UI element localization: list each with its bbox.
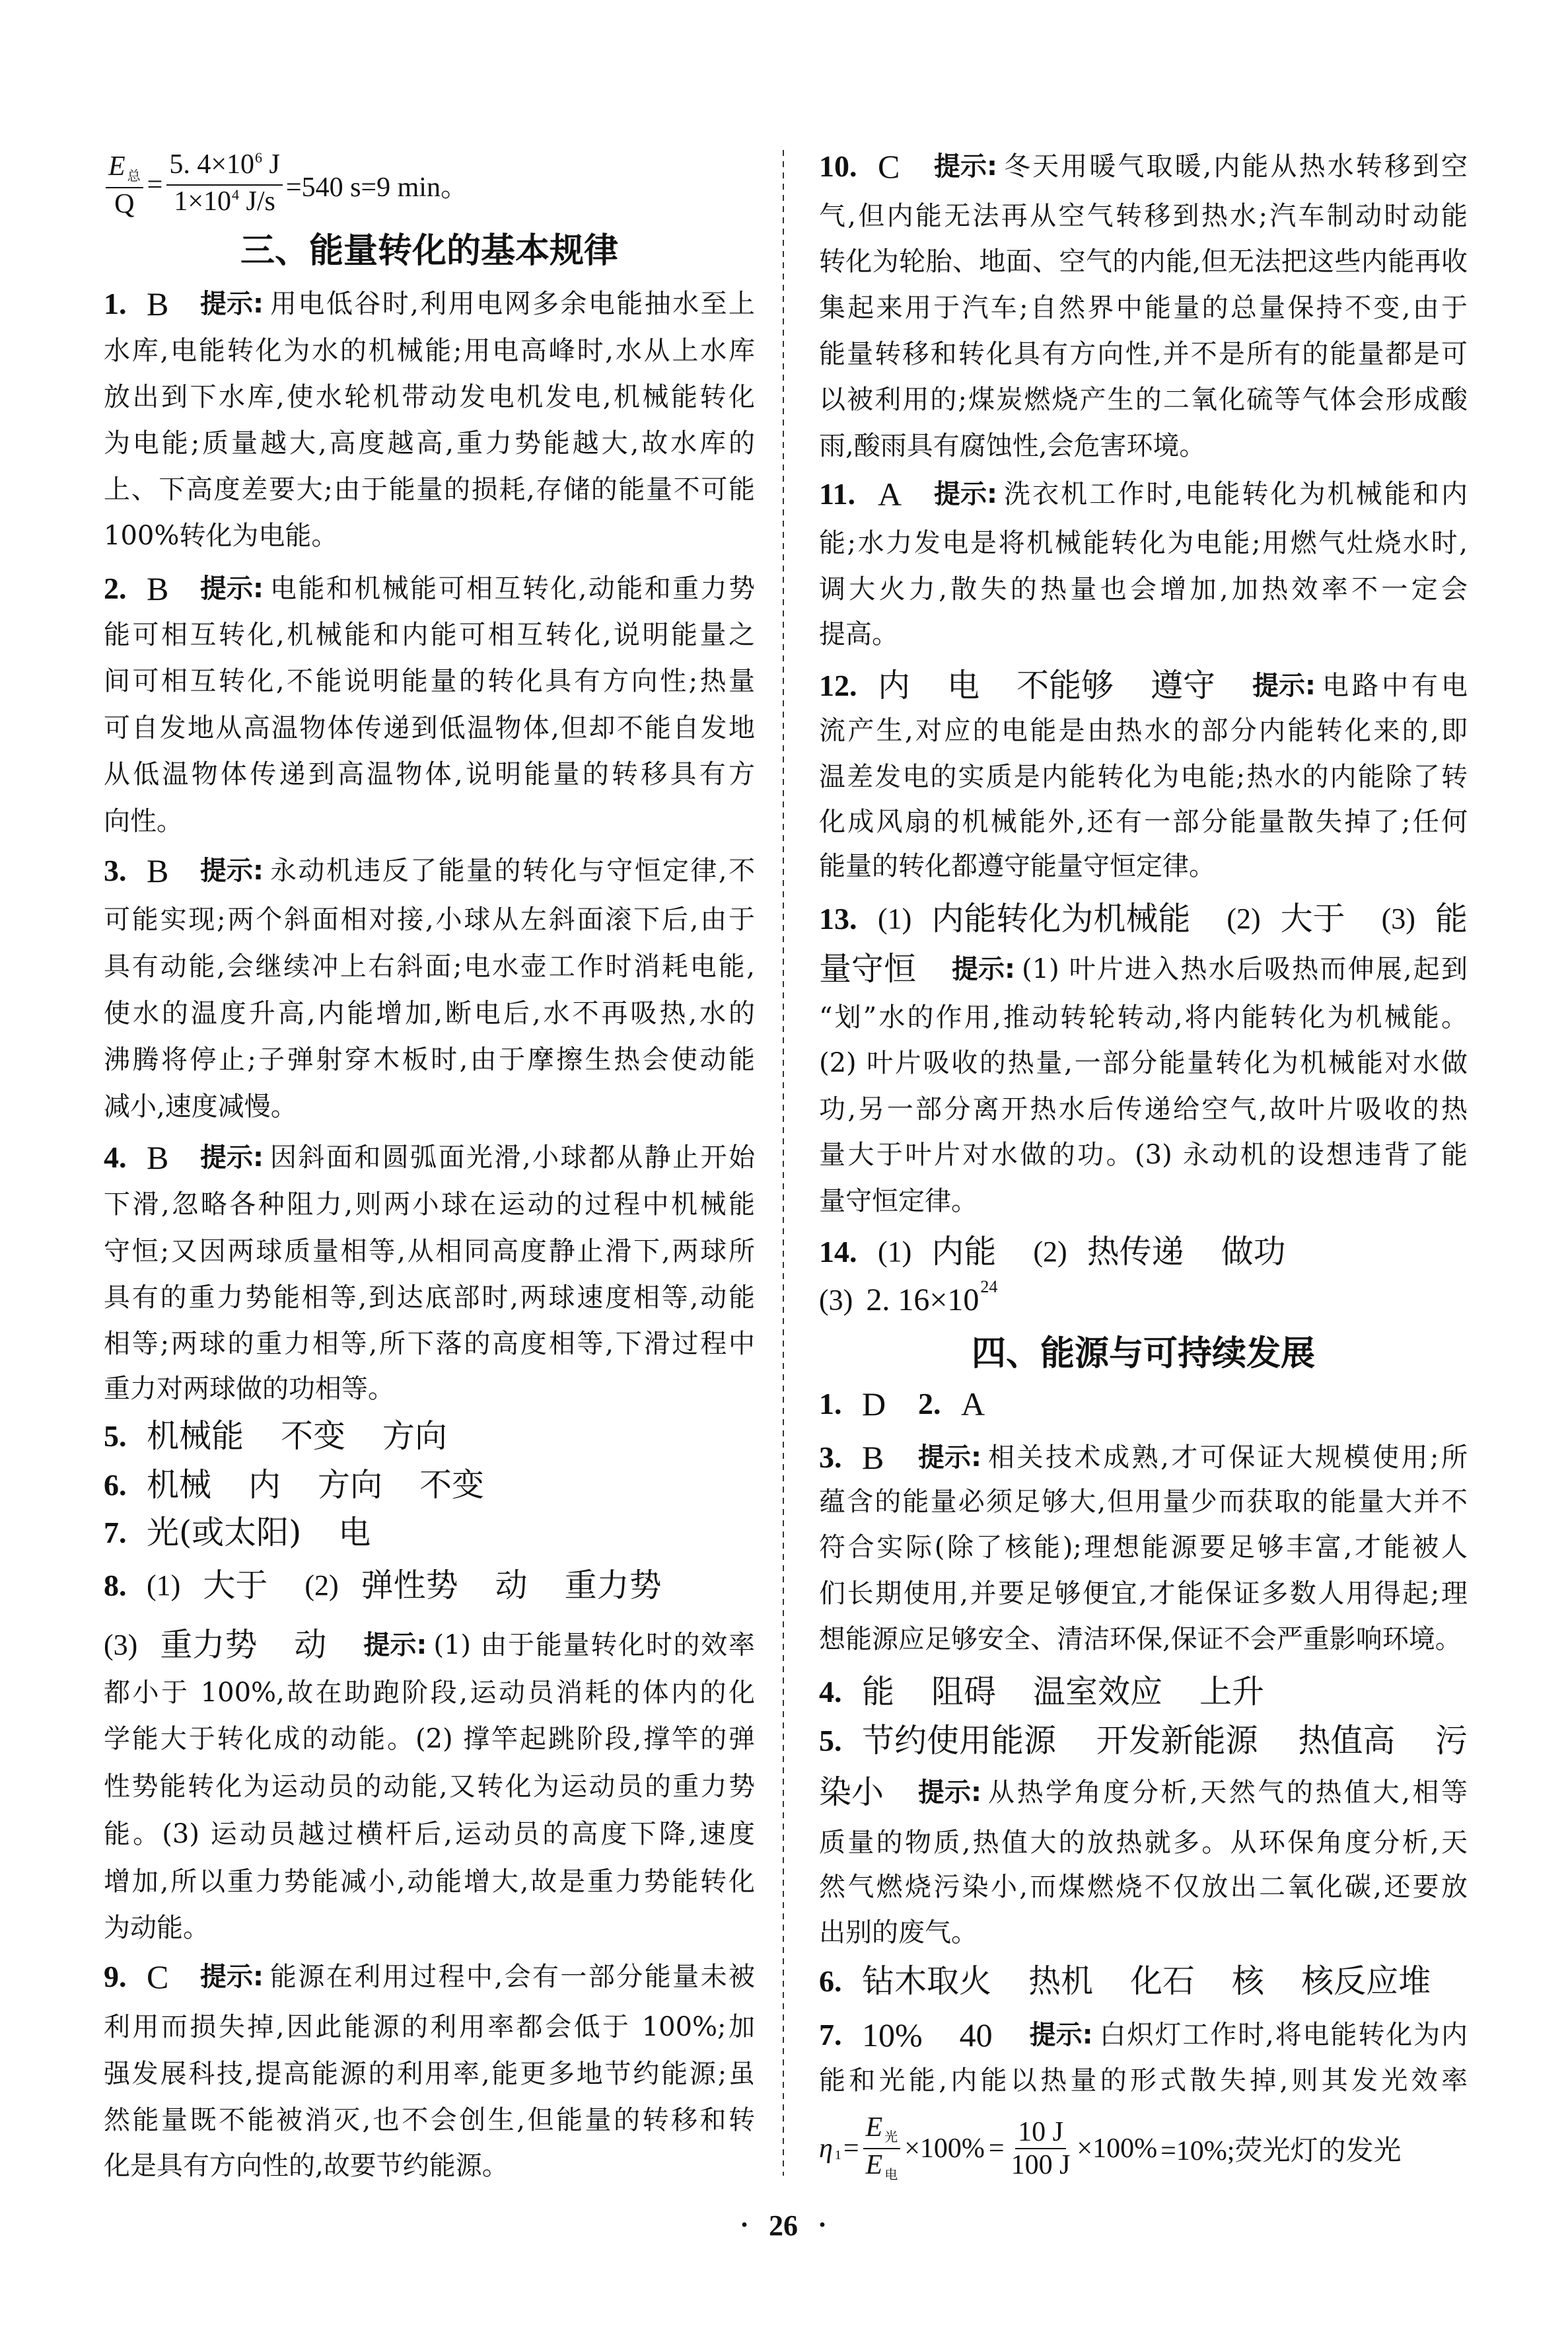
hint-text: 能量转移和转化具有方向性,并不是所有的能量都是可 [819, 331, 1468, 377]
part-2: (2) 大于 [1227, 896, 1345, 942]
hint-label: 提示: [918, 1434, 988, 1481]
s3-q6-answer-line: 6. 机械 内 方向 不变 [104, 1462, 755, 1508]
formula-result: =540 s=9 min。 [286, 165, 468, 205]
hint-text: (1) 叶片进入热水后吸热而伸展,起到 [1022, 946, 1468, 992]
fill-answer: 动 [495, 1563, 528, 1609]
hint-text: 减小,速度减慢。 [104, 1084, 755, 1130]
hint-text: 增加,所以重力势能减小,动能增大,故是重力势能转化 [104, 1859, 755, 1905]
fill-answer: 机械 [147, 1462, 211, 1508]
s3-q11-line-4: 提高。 [819, 611, 1468, 657]
hint-text: 能量的转化都遵守能量守恒定律。 [819, 843, 1468, 889]
hint-label: 提示: [200, 848, 270, 894]
answer-choice: B [862, 1434, 918, 1481]
fill-answer: 40 [960, 2012, 993, 2058]
s3-q3-line-6: 减小,速度减慢。 [104, 1084, 755, 1130]
s3-q10-line-1: 10. C 提示: 冬天用暖气取暖,内能从热水转移到空 [819, 143, 1468, 190]
fill-answer: 钻木取火 [862, 1958, 991, 2005]
hint-text: 强发展科技,提高能源的利用率,能更多地节约能源;虽 [104, 2051, 755, 2097]
fill-answer: 量守恒 [819, 946, 916, 992]
s4-q5-line-3: 质量的物质,热值大的放热就多。从环保角度分析,天 [819, 1820, 1468, 1866]
fill-answer: 方向 [318, 1462, 382, 1508]
s3-q4-line-5: 相等;两球的重力相等,所下落的高度相等,下滑过程中 [104, 1321, 755, 1367]
question-number: 10. [819, 143, 878, 190]
s3-q4-line-4: 具有的重力势能相等,到达底部时,两球速度相等,动能 [104, 1274, 755, 1321]
hint-text: 重力对两球做的功相等。 [104, 1366, 755, 1412]
fill-answer: 重力势 [160, 1622, 257, 1668]
subscript: 1 [835, 2148, 841, 2163]
fill-answer-mantissa: 2. 16×10 [866, 1277, 979, 1323]
fraction-denominator: Q [112, 188, 137, 219]
footer-dot-right: · [818, 2209, 827, 2241]
fraction-numerator: 5. 4×106 J [166, 149, 283, 186]
hint-text: 以被利用的;煤炭燃烧产生的二氧化硫等气体会形成酸 [819, 377, 1468, 423]
hint-label: 提示: [934, 471, 1004, 517]
s4-q5-line-4: 然气燃烧污染小,而煤燃烧不仅放出二氧化碳,还要放 [819, 1864, 1468, 1910]
s3-q4-line-6: 重力对两球做的功相等。 [104, 1366, 755, 1412]
fill-answer: 不能够 [1016, 663, 1114, 709]
hint-text: 流产生,对应的电能是由热水的部分内能转化来的,即 [819, 708, 1468, 754]
hint-text: 功,另一部分离开热水后传递给空气,故叶片吸收的热 [819, 1086, 1468, 1132]
answer-group: (1) 内能转化为机械能 (2) 大于 (3) 能 [878, 896, 1468, 942]
s3-q9-line-3: 强发展科技,提高能源的利用率,能更多地节约能源;虽 [104, 2051, 755, 2097]
s3-q9-line-5: 化是具有方向性的,故要节约能源。 [104, 2143, 755, 2189]
fill-answer: 内 [248, 1462, 281, 1508]
s3-q3-line-5: 沸腾将停止;子弹射穿木板时,由于摩擦生热会使动能 [104, 1037, 755, 1083]
question-number: 8. [104, 1563, 147, 1609]
equals-sign: = [147, 169, 163, 201]
question-number: 1. [104, 281, 147, 327]
fill-answer-exponent: 24 [980, 1264, 997, 1310]
s3-q8-answer-line-1: 8. (1) 大于 (2) 弹性势 动 重力势 [104, 1563, 755, 1609]
s3-q11-line-3: 调大火力,散失的热量也会增加,加热效率不一定会 [819, 566, 1468, 612]
s4-q1-q2-answer-line: 1. D 2. A [819, 1381, 1468, 1427]
hint-label: 提示: [1030, 2012, 1100, 2058]
luminous-efficiency-formula: η1 = E光 E电 ×100% = 10 J 100 J ×100% =10%… [819, 2116, 1468, 2182]
s4-q7-line-1: 7. 10% 40 提示: 白炽灯工作时,将电能转化为内 [819, 2012, 1468, 2058]
question-number: 1. [819, 1381, 862, 1427]
s3-q10-line-7: 雨,酸雨具有腐蚀性,会危害环境。 [819, 423, 1468, 469]
fill-answer: 节约使用能源 [862, 1718, 1056, 1764]
s4-q3-line-1: 3. B 提示: 相关技术成熟,才可保证大规模使用;所 [819, 1434, 1468, 1481]
s3-q10-line-5: 能量转移和转化具有方向性,并不是所有的能量都是可 [819, 331, 1468, 377]
fraction-numerator: E总 [106, 151, 143, 188]
column-divider [783, 150, 784, 2176]
hint-text: 冬天用暖气取暖,内能从热水转移到空 [1004, 143, 1468, 190]
fraction-numerator: E光 [863, 2112, 901, 2149]
s3-q4-line-2: 下滑,忽略各种阻力,则两小球在运动的过程中机械能 [104, 1181, 755, 1228]
symbol-eta: η [819, 2133, 833, 2164]
s3-q8-line-5: 性势能转化为运动员的动能,又转化为运动员的重力势 [104, 1763, 755, 1810]
s4-q3-line-5: 想能源应足够安全、清洁环保,保证不会严重影响环境。 [819, 1616, 1468, 1662]
hint-text: 提高。 [819, 611, 1468, 657]
s3-q8-answer-line-2: (3) 重力势 动 提示: (1) 由于能量转化时的效率 [104, 1622, 755, 1668]
denominator-value: 1×10 [174, 186, 231, 217]
hint-text: 能。(3) 运动员越过横杆后,运动员的高度下降,速度 [104, 1811, 755, 1857]
s3-q1-line-5: 上、下高度差要大;由于能量的损耗,存储的能量不可能 [104, 466, 755, 513]
s3-q12-line-3: 温差发电的实质是内能转化为电能;热水的内能除了转 [819, 754, 1468, 800]
hint-text: 可自发地从高温物体传递到低温物体,但却不能自发地 [104, 705, 755, 751]
fraction-light-over-electric: E光 E电 [863, 2112, 901, 2185]
part-1: (1) 内能转化为机械能 [878, 896, 1190, 942]
part-label: (1) [878, 1229, 911, 1275]
part-label: (2) [1033, 1229, 1067, 1275]
fraction-denominator: 1×104 J/s [171, 186, 278, 221]
hint-text: 然能量既不能被消灭,也不会创生,但能量的转移和转 [104, 2097, 755, 2143]
fill-answer: 动 [294, 1622, 326, 1668]
hint-text: 相等;两球的重力相等,所下落的高度相等,下滑过程中 [104, 1321, 755, 1367]
hint-text: 从热学角度分析,天然气的热值大,相等 [988, 1769, 1468, 1816]
s3-q10-line-6: 以被利用的;煤炭燃烧产生的二氧化硫等气体会形成酸 [819, 377, 1468, 423]
s3-q1-line-1: 1. B 提示: 用电低谷时,利用电网多余电能抽水至上 [104, 281, 755, 327]
question-number: 5. [104, 1413, 147, 1459]
fill-answer: 不变 [281, 1413, 345, 1459]
part-3: (3) 能 [1382, 896, 1468, 942]
s3-q3-line-4: 使水的温度升高,内能增加,断电后,水不再吸热,水的 [104, 990, 755, 1037]
hint-label: 提示: [200, 1954, 270, 2000]
hint-text: 洗衣机工作时,电能转化为机械能和内 [1004, 471, 1468, 517]
fraction-denominator: E电 [863, 2149, 901, 2185]
symbol-e: E [866, 2150, 883, 2180]
fill-answer: 热机 [1028, 1958, 1093, 2005]
answer-choice: D [862, 1381, 918, 1427]
hint-text: 然气燃烧污染小,而煤燃烧不仅放出二氧化碳,还要放 [819, 1864, 1468, 1910]
unit: J/s [239, 186, 275, 217]
s3-q9-line-1: 9. C 提示: 能源在利用过程中,会有一部分能量未被 [104, 1954, 755, 2000]
hint-text: (2) 叶片吸收的热量,一部分能量转化为机械能对水做 [819, 1040, 1468, 1086]
question-number: 11. [819, 471, 878, 517]
hint-text: 上、下高度差要大;由于能量的损耗,存储的能量不可能 [104, 466, 755, 513]
hint-text: 放出到下水库,使水轮机带动发电机发电,机械能转化 [104, 374, 755, 420]
question-number: 2. [104, 566, 147, 612]
fill-answer: 机械能 [147, 1413, 244, 1459]
s3-q13-line-4: (2) 叶片吸收的热量,一部分能量转化为机械能对水做 [819, 1040, 1468, 1086]
s3-q1-line-3: 放出到下水库,使水轮机带动发电机发电,机械能转化 [104, 374, 755, 420]
numerator-value: 5. 4×10 [169, 149, 254, 180]
hint-text: 化成风扇的机械能外,还有一部分能量散失掉了;任何 [819, 799, 1468, 845]
s3-q3-line-3: 具有动能,会继续冲上右斜面;电水壶工作时消耗电能, [104, 943, 755, 990]
fraction-e-total-over-q: E总 Q [106, 151, 143, 219]
hint-text: 集起来用于汽车;自然界中能量的总量保持不变,由于 [819, 285, 1468, 331]
s3-q9-line-2: 利用而损失掉,因此能源的利用率都会低于 100%;加 [104, 2004, 755, 2050]
hint-text: 电路中有电 [1322, 663, 1468, 709]
hint-text: 用电低谷时,利用电网多余电能抽水至上 [270, 281, 755, 327]
fill-answer: 遵守 [1151, 663, 1215, 709]
s3-q2-line-4: 可自发地从高温物体传递到低温物体,但却不能自发地 [104, 705, 755, 751]
answer-choice: B [147, 1134, 200, 1181]
hint-text: 具有的重力势能相等,到达底部时,两球速度相等,动能 [104, 1274, 755, 1321]
s3-q9-line-4: 然能量既不能被消灭,也不会创生,但能量的转移和转 [104, 2097, 755, 2143]
fill-answer: 开发新能源 [1096, 1718, 1258, 1764]
s3-q13-line-6: 量大于叶片对水做的功。(3) 永动机的设想违背了能 [819, 1132, 1468, 1178]
s3-q13-answer-line-1: 13. (1) 内能转化为机械能 (2) 大于 (3) 能 [819, 896, 1468, 942]
s3-q11-line-2: 能;水力发电是将机械能转化为电能;用燃气灶烧水时, [819, 520, 1468, 566]
s3-q1-line-4: 为电能;质量越大,高度越高,重力势能越大,故水库的 [104, 420, 755, 466]
fill-answer: 光(或太阳) [147, 1510, 301, 1556]
hint-text: 量守恒定律。 [819, 1178, 1468, 1224]
hint-text: 白炽灯工作时,将电能转化为内 [1100, 2012, 1468, 2058]
fill-answer: 大于 [1281, 896, 1345, 942]
hint-text: 气,但内能无法再从空气转移到热水;汽车制动时动能 [819, 193, 1468, 239]
times-100-percent: ×100% [1077, 2133, 1157, 2164]
s3-q4-line-1: 4. B 提示: 因斜面和圆弧面光滑,小球都从静止开始 [104, 1134, 755, 1181]
hint-text: 下滑,忽略各种阻力,则两小球在运动的过程中机械能 [104, 1181, 755, 1228]
page-number: 26 [769, 2209, 798, 2242]
hint-text: 转化为轮胎、地面、空气的内能,但无法把这些内能再收 [819, 239, 1468, 285]
question-number: 9. [104, 1954, 147, 2000]
s3-q13-line-5: 功,另一部分离开热水后传递给空气,故叶片吸收的热 [819, 1086, 1468, 1132]
answer-choice: B [147, 566, 200, 612]
equals-sign: = [989, 2133, 1005, 2164]
hint-label: 提示: [200, 1134, 270, 1181]
s3-q12-line-5: 能量的转化都遵守能量守恒定律。 [819, 843, 1468, 889]
hint-label: 提示: [918, 1769, 988, 1816]
hint-text: 具有动能,会继续冲上右斜面;电水壶工作时消耗电能, [104, 943, 755, 990]
question-number: 5. [819, 1718, 862, 1764]
fill-answer: 电 [947, 663, 980, 709]
fill-answer: 内 [878, 663, 910, 709]
footer-dot-left: · [740, 2209, 749, 2241]
fill-answer: 大于 [203, 1563, 267, 1609]
hint-text: 100%转化为电能。 [104, 513, 755, 559]
hint-text: 都小于 100%,故在助跑阶段,运动员消耗的体内的化 [104, 1670, 755, 1716]
hint-text: 从低温物体传递到高温物体,说明能量的转移具有方 [104, 751, 755, 797]
question-number: 6. [819, 1958, 862, 2005]
s3-q8-line-6: 能。(3) 运动员越过横杆后,运动员的高度下降,速度 [104, 1811, 755, 1857]
exponent: 4 [232, 186, 239, 203]
answer-choice: C [147, 1954, 200, 2000]
s4-q6-answer-line: 6. 钻木取火 热机 化石 核 核反应堆 [819, 1958, 1468, 2005]
hint-text: “划”水的作用,推动转轮转动,将内能转化为机械能。 [819, 994, 1468, 1041]
s3-q12-line-2: 流产生,对应的电能是由热水的部分内能转化来的,即 [819, 708, 1468, 754]
fill-answer: 温室效应 [1033, 1669, 1162, 1715]
s4-q5-answer-line-1: 5. 节约使用能源 开发新能源 热值高 污 [819, 1718, 1468, 1764]
symbol-q: Q [114, 189, 134, 219]
hint-text: 性势能转化为运动员的动能,又转化为运动员的重力势 [104, 1763, 755, 1810]
part-label: (1) [878, 896, 911, 942]
s3-q5-answer-line: 5. 机械能 不变 方向 [104, 1413, 755, 1459]
s3-q10-line-3: 转化为轮胎、地面、空气的内能,但无法把这些内能再收 [819, 239, 1468, 285]
hint-text: 能和光能,内能以热量的形式散失掉,则其发光效率 [819, 2057, 1468, 2104]
hint-text: 守恒;又因两球质量相等,从相同高度静止滑下,两球所 [104, 1228, 755, 1274]
fill-answer: 热值高 [1298, 1718, 1395, 1764]
hint-text: 符合实际(除了核能);理想能源要足够丰富,才能被人 [819, 1524, 1468, 1570]
s3-q8-line-3: 都小于 100%,故在助跑阶段,运动员消耗的体内的化 [104, 1670, 755, 1716]
fill-answer: 污 [1435, 1718, 1468, 1764]
s3-q2-line-3: 间可相互转化,不能说明能量的转化具有方向性;热量 [104, 658, 755, 704]
fill-answer: 化石 [1130, 1958, 1195, 2005]
s3-q14-answer-line-2: (3) 2. 16×10 24 [819, 1277, 1468, 1323]
section-title-3: 三、能量转化的基本规律 [104, 228, 755, 274]
symbol-e: E [866, 2112, 883, 2143]
s3-q13-line-3: “划”水的作用,推动转轮转动,将内能转化为机械能。 [819, 994, 1468, 1041]
hint-text: 量大于叶片对水做的功。(3) 永动机的设想违背了能 [819, 1132, 1468, 1178]
fill-answer: 10% [862, 2012, 923, 2058]
fraction-denominator: 100 J [1009, 2149, 1073, 2180]
fill-answer: 电 [338, 1510, 371, 1556]
hint-label: 提示: [1252, 663, 1322, 709]
fill-answer: 核反应堆 [1301, 1958, 1431, 2005]
hint-text: 学能大于转化成的动能。(2) 撑竿起跳阶段,撑竿的弹 [104, 1716, 755, 1762]
hint-text: 出别的废气。 [819, 1909, 1468, 1956]
hint-text: 沸腾将停止;子弹射穿木板时,由于摩擦生热会使动能 [104, 1037, 755, 1083]
s3-q1-line-2: 水库,电能转化为水的机械能;用电高峰时,水从上水库 [104, 328, 755, 374]
times-100-percent: ×100% [904, 2133, 985, 2164]
answer-group: 节约使用能源 开发新能源 热值高 污 [862, 1718, 1468, 1764]
carryover-formula: E总 Q = 5. 4×106 J 1×104 J/s =540 s=9 min… [104, 152, 755, 218]
part-label: (3) [819, 1277, 853, 1323]
question-number: 6. [104, 1462, 147, 1508]
s3-q2-line-6: 向性。 [104, 798, 755, 844]
fraction-numerator: 10 J [1015, 2117, 1066, 2149]
s3-q8-line-4: 学能大于转化成的动能。(2) 撑竿起跳阶段,撑竿的弹 [104, 1716, 755, 1762]
s3-q12-line-1: 12. 内 电 不能够 遵守 提示: 电路中有电 [819, 663, 1468, 709]
s3-q8-line-7: 增加,所以重力势能减小,动能增大,故是重力势能转化 [104, 1859, 755, 1905]
s3-q10-line-4: 集起来用于汽车;自然界中能量的总量保持不变,由于 [819, 285, 1468, 331]
hint-text: 为电能;质量越大,高度越高,重力势能越大,故水库的 [104, 420, 755, 466]
fill-answer: 染小 [819, 1769, 884, 1816]
part-label: (2) [304, 1563, 338, 1609]
hint-label: 提示: [363, 1622, 433, 1668]
fill-answer: 上升 [1199, 1669, 1264, 1715]
hint-text: 为动能。 [104, 1905, 755, 1951]
s4-q3-line-3: 符合实际(除了核能);理想能源要足够丰富,才能被人 [819, 1524, 1468, 1570]
fill-answer: 方向 [382, 1413, 447, 1459]
hint-text: 想能源应足够安全、清洁环保,保证不会严重影响环境。 [819, 1616, 1468, 1662]
hint-text: 能源在利用过程中,会有一部分能量未被 [270, 1954, 755, 2000]
hint-label: 提示: [200, 566, 270, 612]
exponent: 6 [255, 149, 262, 166]
s3-q11-line-1: 11. A 提示: 洗衣机工作时,电能转化为机械能和内 [819, 471, 1468, 517]
fill-answer: 不变 [419, 1462, 484, 1508]
s3-q10-line-2: 气,但内能无法再从空气转移到热水;汽车制动时动能 [819, 193, 1468, 239]
question-number: 12. [819, 663, 878, 709]
fill-answer: 能 [1435, 896, 1468, 942]
hint-text: 相关技术成熟,才可保证大规模使用;所 [988, 1434, 1468, 1481]
s3-q8-line-8: 为动能。 [104, 1905, 755, 1951]
subscript: 总 [127, 169, 141, 184]
s4-q5-line-5: 出别的废气。 [819, 1909, 1468, 1956]
section-title-4: 四、能源与可持续发展 [819, 1331, 1468, 1377]
s3-q14-answer-line-1: 14. (1) 内能 (2) 热传递 做功 [819, 1229, 1468, 1275]
part-label: (3) [104, 1622, 137, 1668]
question-number: 4. [104, 1134, 147, 1181]
hint-text: 利用而损失掉,因此能源的利用率都会低于 100%;加 [104, 2004, 755, 2050]
s4-q7-line-2: 能和光能,内能以热量的形式散失掉,则其发光效率 [819, 2057, 1468, 2104]
question-number: 4. [819, 1669, 862, 1715]
hint-text: 化是具有方向性的,故要节约能源。 [104, 2143, 755, 2189]
hint-text: 间可相互转化,不能说明能量的转化具有方向性;热量 [104, 658, 755, 704]
question-number: 7. [819, 2012, 862, 2058]
s3-q2-line-2: 能可相互转化,机械能和内能可相互转化,说明能量之 [104, 612, 755, 658]
s3-q2-line-1: 2. B 提示: 电能和机械能可相互转化,动能和重力势 [104, 566, 755, 612]
hint-text: 电能和机械能可相互转化,动能和重力势 [270, 566, 755, 612]
hint-label: 提示: [934, 143, 1004, 190]
fill-answer: 热传递 [1087, 1229, 1184, 1275]
hint-text: 质量的物质,热值大的放热就多。从环保角度分析,天 [819, 1820, 1468, 1866]
subscript: 光 [884, 2130, 898, 2145]
s3-q13-line-7: 量守恒定律。 [819, 1178, 1468, 1224]
fill-answer: 做功 [1221, 1229, 1286, 1275]
fill-answer: 核 [1232, 1958, 1264, 2005]
hint-text: 们长期使用,并要足够便宜,才能保证多数人用得起;理 [819, 1570, 1468, 1617]
fill-answer: 重力势 [565, 1563, 662, 1609]
part-label: (1) [147, 1563, 180, 1609]
question-number: 3. [104, 848, 147, 894]
question-number: 7. [104, 1510, 147, 1556]
s4-q3-line-2: 蕴含的能量必须足够大,但用量少而获取的能量大并不 [819, 1479, 1468, 1525]
s3-q1-line-6: 100%转化为电能。 [104, 513, 755, 559]
hint-label: 提示: [200, 281, 270, 327]
fill-answer: 弹性势 [361, 1563, 458, 1609]
hint-text: (1) 由于能量转化时的效率 [433, 1622, 755, 1668]
fraction-10j-over-100j: 10 J 100 J [1009, 2117, 1073, 2180]
hint-text: 水库,电能转化为水的机械能;用电高峰时,水从上水库 [104, 328, 755, 374]
s3-q12-line-4: 化成风扇的机械能外,还有一部分能量散失掉了;任何 [819, 799, 1468, 845]
hint-text: 因斜面和圆弧面光滑,小球都从静止开始 [270, 1134, 755, 1181]
hint-text: 永动机违反了能量的转化与守恒定律,不 [270, 848, 755, 894]
formula-result: =10%;荧光灯的发光 [1160, 2129, 1401, 2168]
question-number: 3. [819, 1434, 862, 1481]
question-number: 13. [819, 896, 878, 942]
hint-text: 调大火力,散失的热量也会增加,加热效率不一定会 [819, 566, 1468, 612]
s4-q5-answer-line-2: 染小 提示: 从热学角度分析,天然气的热值大,相等 [819, 1769, 1468, 1816]
hint-text: 使水的温度升高,内能增加,断电后,水不再吸热,水的 [104, 990, 755, 1037]
symbol-e: E [108, 151, 125, 182]
fill-answer: 阻碍 [931, 1669, 996, 1715]
fill-answer: 能 [862, 1669, 894, 1715]
question-number: 14. [819, 1229, 878, 1275]
hint-text: 雨,酸雨具有腐蚀性,会危害环境。 [819, 423, 1468, 469]
hint-text: 向性。 [104, 798, 755, 844]
fraction-energy-over-power: 5. 4×106 J 1×104 J/s [166, 149, 283, 221]
answer-choice: C [878, 143, 934, 190]
s3-q3-line-1: 3. B 提示: 永动机违反了能量的转化与守恒定律,不 [104, 848, 755, 894]
s4-q4-answer-line: 4. 能 阻碍 温室效应 上升 [819, 1669, 1468, 1715]
answer-choice: B [147, 848, 200, 894]
question-number: 2. [918, 1381, 961, 1427]
hint-text: 温差发电的实质是内能转化为电能;热水的内能除了转 [819, 754, 1468, 800]
part-label: (3) [1382, 896, 1415, 942]
hint-text: 蕴含的能量必须足够大,但用量少而获取的能量大并不 [819, 1479, 1468, 1525]
s3-q3-line-2: 可能实现;两个斜面相对接,小球从左斜面滚下后,由于 [104, 897, 755, 943]
hint-text: 可能实现;两个斜面相对接,小球从左斜面滚下后,由于 [104, 897, 755, 943]
unit: J [262, 149, 280, 180]
hint-text: 能可相互转化,机械能和内能可相互转化,说明能量之 [104, 612, 755, 658]
page-footer: · 26 · [684, 2202, 882, 2248]
s3-q13-answer-line-2: 量守恒 提示: (1) 叶片进入热水后吸热而伸展,起到 [819, 946, 1468, 992]
fill-answer: 内能转化为机械能 [931, 896, 1190, 942]
answer-choice: B [147, 281, 200, 327]
s3-q7-answer-line: 7. 光(或太阳) 电 [104, 1510, 755, 1556]
answer-choice: A [961, 1381, 985, 1427]
hint-label: 提示: [952, 946, 1022, 992]
s4-q3-line-4: 们长期使用,并要足够便宜,才能保证多数人用得起;理 [819, 1570, 1468, 1617]
answer-choice: A [878, 471, 934, 517]
part-label: (2) [1227, 896, 1260, 942]
equals-sign: = [843, 2133, 859, 2164]
hint-text: 能;水力发电是将机械能转化为电能;用燃气灶烧水时, [819, 520, 1468, 566]
s3-q2-line-5: 从低温物体传递到高温物体,说明能量的转移具有方 [104, 751, 755, 797]
subscript: 电 [884, 2168, 898, 2182]
s3-q4-line-3: 守恒;又因两球质量相等,从相同高度静止滑下,两球所 [104, 1228, 755, 1274]
